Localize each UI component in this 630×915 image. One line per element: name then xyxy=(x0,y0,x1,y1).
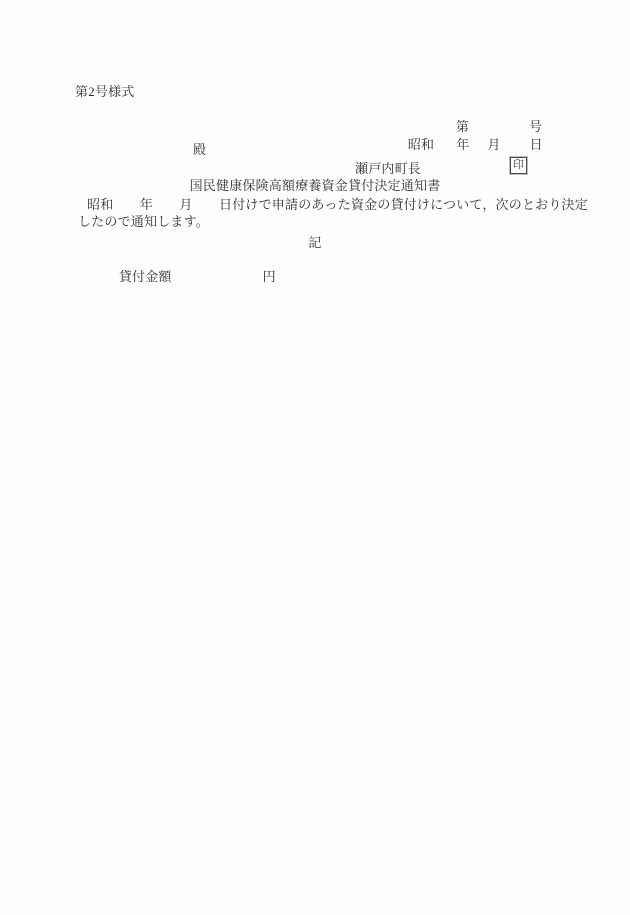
year-blank xyxy=(434,148,456,149)
year-suffix-label: 年 xyxy=(456,137,469,152)
era-label: 昭和 xyxy=(408,137,434,152)
loan-amount-line: 貸付金額円 xyxy=(105,254,276,299)
month-suffix-label: 月 xyxy=(487,137,500,152)
document-page: 第2号様式 第号 昭和年月日 殿 瀬戸内町長 印 国民健康保険高額療養資金貸付決… xyxy=(0,0,630,915)
month-blank xyxy=(469,148,487,149)
body-paragraph-line-2: したので通知します。 xyxy=(78,214,209,229)
body-paragraph-line-1: 昭和 年 月 日付けで申請のあった資金の貸付けについて，次のとおり決定 xyxy=(87,197,588,212)
day-suffix-label: 日 xyxy=(530,137,543,152)
loan-amount-blank xyxy=(172,280,263,281)
currency-unit-label: 円 xyxy=(263,269,276,284)
sender-title: 瀬戸内町長 xyxy=(355,161,421,176)
day-blank xyxy=(501,148,530,149)
section-marker: 記 xyxy=(0,235,630,250)
form-number-label: 第2号様式 xyxy=(75,84,135,99)
addressee-honorific: 殿 xyxy=(193,142,206,157)
document-title: 国民健康保険高額療養資金貸付決定通知書 xyxy=(0,178,630,193)
seal-stamp-icon: 印 xyxy=(510,157,527,174)
loan-amount-label: 貸付金額 xyxy=(119,269,172,284)
